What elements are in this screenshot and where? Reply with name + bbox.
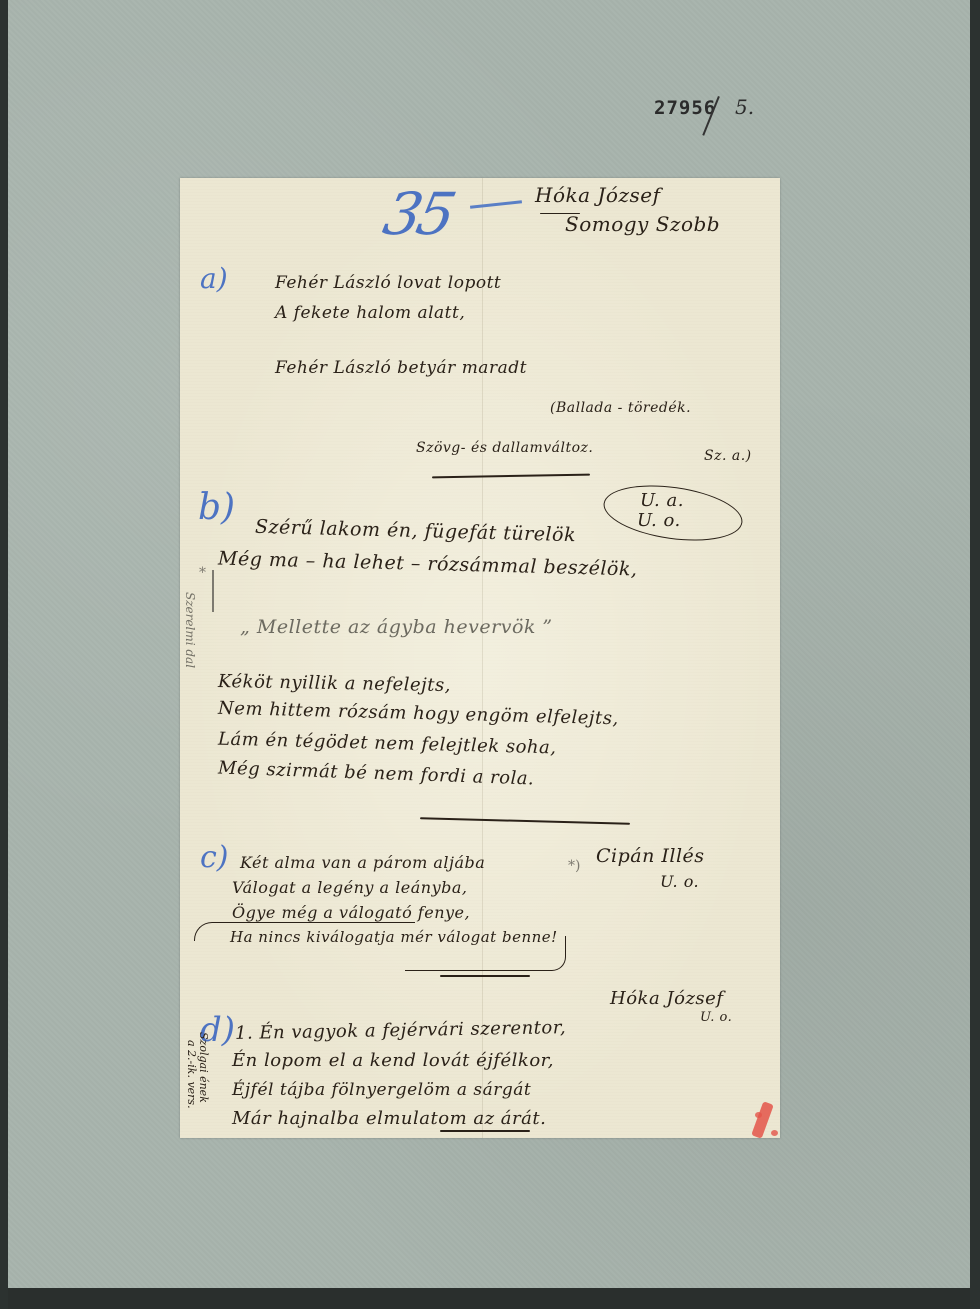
inventory-suffix: 5. [735, 95, 754, 119]
section-c-line: Ögye még a válogató fenye, [232, 903, 470, 922]
section-d-source-place: U. o. [700, 1010, 732, 1025]
red-stamp-dot [755, 1112, 762, 1118]
section-b-margin-note: Szerelmi dal [183, 592, 197, 668]
section-a-line: Fehér László betyár maradt [275, 358, 527, 378]
asterisk-mark: *) [568, 858, 580, 874]
collector-name: Hóka József [535, 183, 660, 207]
section-d-source-name: Hóka József [610, 988, 723, 1009]
section-a-line: A fekete halom alatt, [275, 303, 465, 323]
section-c-line: Ha nincs kiválogatja mér válogat benne! [230, 928, 558, 946]
section-b-source: U. a. [640, 490, 684, 511]
section-a-note: (Ballada - töredék. [550, 400, 691, 416]
section-c-line: Két alma van a párom aljába [240, 853, 485, 872]
section-divider [440, 1130, 530, 1132]
section-c-source-place: U. o. [660, 872, 699, 891]
section-a-line: Fehér László lovat lopott [275, 273, 501, 293]
section-d-margin-note: Szolgai ének [197, 1032, 210, 1103]
section-divider [440, 975, 530, 977]
margin-bar [212, 570, 214, 612]
inventory-number: 27956 [654, 97, 716, 119]
section-d-line: Én lopom el a kend lovát éjfélkor, [232, 1050, 554, 1071]
section-d-line: Már hajnalba elmulatom az árát. [232, 1108, 546, 1129]
section-c-source-name: Cipán Illés [596, 845, 705, 867]
section-b-line: „ Mellette az ágyba hevervök ” [240, 616, 553, 638]
section-d-margin-note: a 2.-ik. vers. [185, 1040, 198, 1109]
red-stamp-dot [771, 1130, 778, 1136]
collector-location: Somogy Szobb [565, 212, 720, 236]
section-a-label: a) [200, 262, 228, 295]
section-c-label: c) [200, 840, 229, 875]
section-a-note-tag: Sz. a.) [704, 448, 752, 464]
asterisk-mark: * [199, 565, 206, 581]
section-b-line: Kéköt nyillik a nefelejts, [218, 671, 451, 696]
section-b-label: b) [198, 487, 235, 528]
section-a-note: Szövg- és dallamváltoz. [416, 440, 593, 456]
board-edge [8, 1288, 970, 1309]
section-d-line: Éjfél tájba fölnyergelöm a sárgát [232, 1080, 531, 1100]
fold-line [482, 178, 483, 1138]
section-b-source: U. o. [637, 510, 681, 531]
section-c-line: Válogat a legény a leányba, [232, 878, 467, 897]
